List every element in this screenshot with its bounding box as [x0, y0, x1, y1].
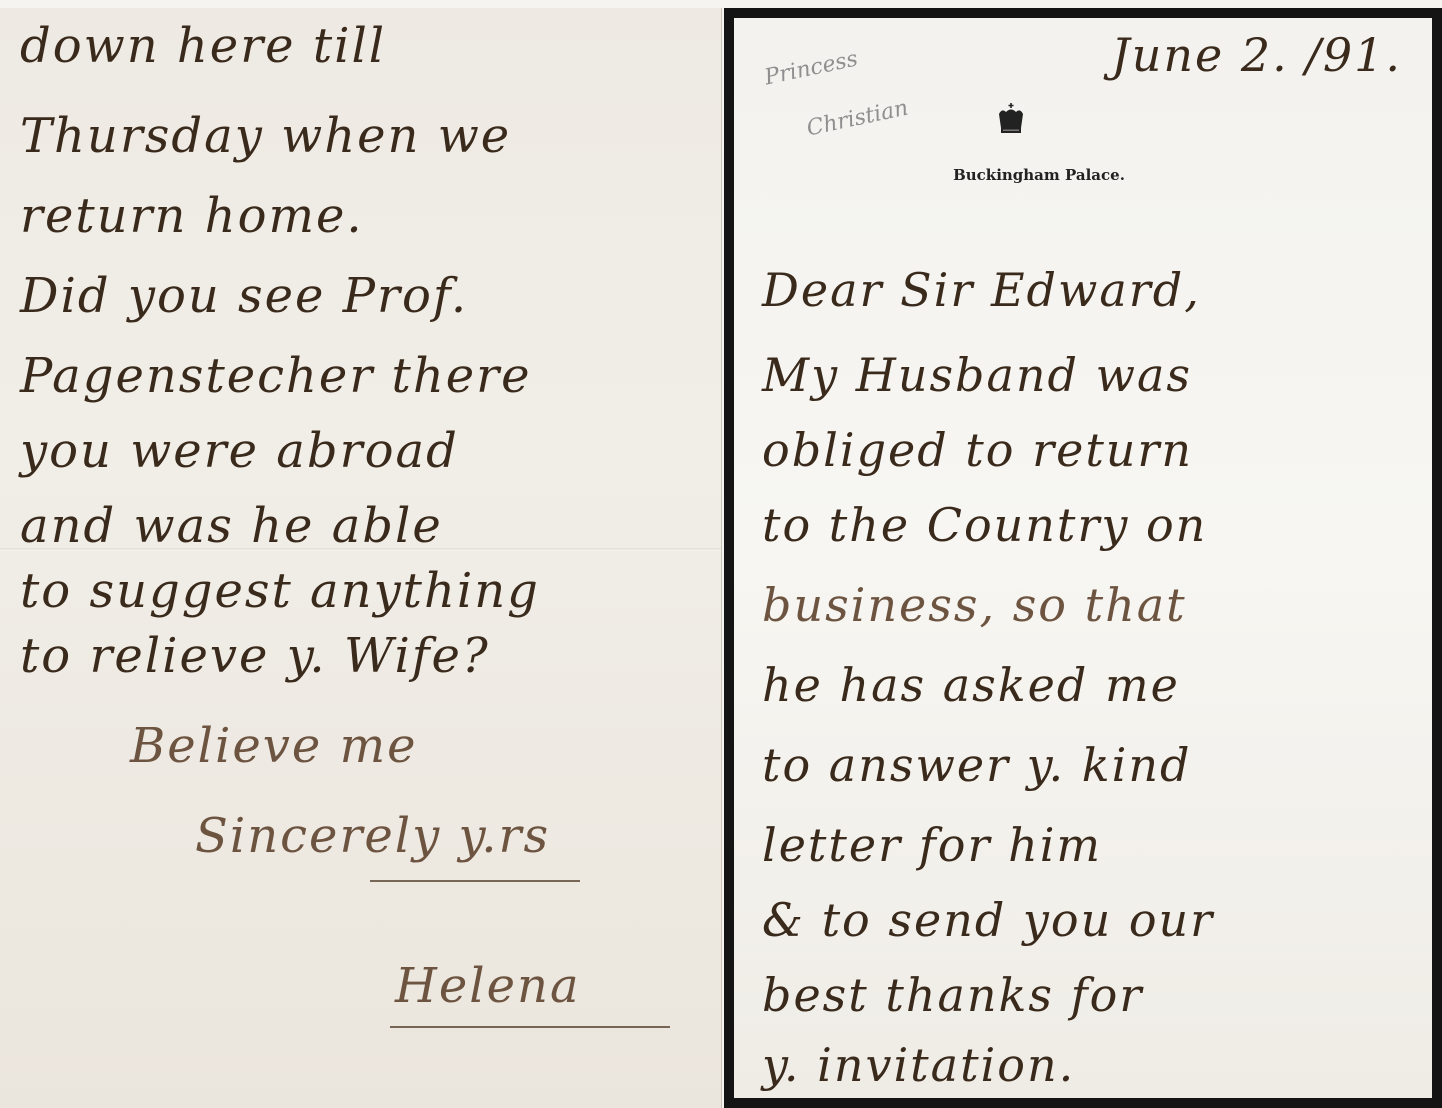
letter-line: to the Country on — [762, 498, 1207, 552]
letter-closing: Believe me — [130, 718, 418, 774]
letter-line: to relieve y. Wife? — [20, 628, 490, 684]
letter-line: he has asked me — [762, 658, 1180, 712]
letter-line: to answer y. kind — [762, 738, 1191, 792]
pencil-note-line: Christian — [805, 96, 911, 142]
letter-line: and was he able — [20, 498, 443, 554]
letter-line: you were abroad — [20, 423, 459, 479]
letter-line: y. invitation. — [762, 1038, 1075, 1092]
letter-date: June 2. /91. — [1111, 28, 1402, 82]
letter-line: Thursday when we — [20, 108, 511, 164]
letter-line: return home. — [20, 188, 364, 244]
letter-line: obliged to return — [762, 423, 1193, 477]
letter-line: Pagenstecher there — [20, 348, 532, 404]
pencil-note-line: Princess — [762, 46, 860, 90]
letter-line: My Husband was — [762, 348, 1192, 402]
letter-line: Did you see Prof. — [20, 268, 468, 324]
letter-page-left: down here till Thursday when we return h… — [0, 8, 722, 1108]
letter-closing-2: Sincerely y.rs — [195, 808, 550, 864]
letter-page-right: Princess Christian June 2. /91. Buckingh… — [724, 8, 1442, 1108]
letterhead-title: Buckingham Palace. — [934, 166, 1144, 184]
letter-line: & to send you our — [762, 893, 1214, 947]
crown-icon — [996, 102, 1026, 136]
letter-line: letter for him — [762, 818, 1102, 872]
salutation: Dear Sir Edward, — [762, 263, 1201, 317]
letter-line: to suggest anything — [20, 563, 540, 619]
signature: Helena — [395, 958, 581, 1014]
letter-line: down here till — [20, 18, 386, 74]
letter-line: best thanks for — [762, 968, 1143, 1022]
letter-line: business, so that — [762, 578, 1187, 632]
flourish-stroke — [370, 880, 580, 882]
signature-flourish — [390, 1026, 670, 1028]
mourning-bordered-sheet: Princess Christian June 2. /91. Buckingh… — [734, 18, 1432, 1098]
